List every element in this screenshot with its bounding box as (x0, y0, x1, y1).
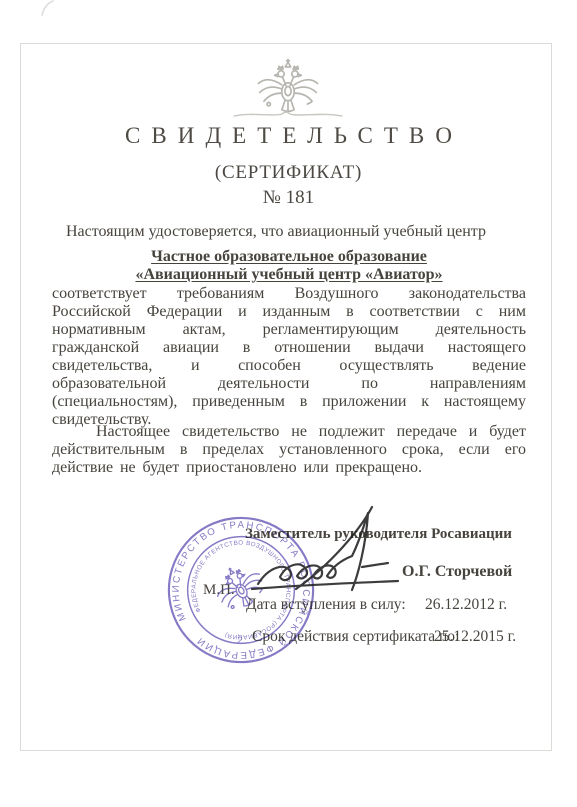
organization-name: Частное образовательное образование «Ави… (52, 248, 526, 284)
scan-pen-mark (34, 0, 64, 18)
document-subtitle: (СЕРТИФИКАТ) (0, 162, 577, 184)
signature-icon (210, 490, 470, 615)
emblem-flourish (232, 108, 344, 120)
stamp-digit: 2 (237, 635, 243, 646)
certificate-number: № 181 (0, 187, 577, 209)
intro-line: Настоящим удостоверяется, что авиационны… (52, 223, 526, 241)
certificate-page: СВИДЕТЕЛЬСТВО (СЕРТИФИКАТ) № 181 Настоящ… (0, 0, 577, 807)
organization-name-line2: «Авиационный учебный центр «Авиатор» (135, 266, 442, 283)
organization-name-line1: Частное образовательное образование (151, 248, 427, 265)
body-paragraph-1: соответствует требованиям Воздушного зак… (52, 285, 526, 429)
document-title: СВИДЕТЕЛЬСТВО (0, 123, 577, 149)
seal-placeholder-label: М.П. (203, 582, 235, 599)
validity-value: 25.12.2015 г. (434, 628, 516, 646)
body-paragraph-2: Настоящее свидетельство не подлежит пере… (52, 423, 526, 477)
